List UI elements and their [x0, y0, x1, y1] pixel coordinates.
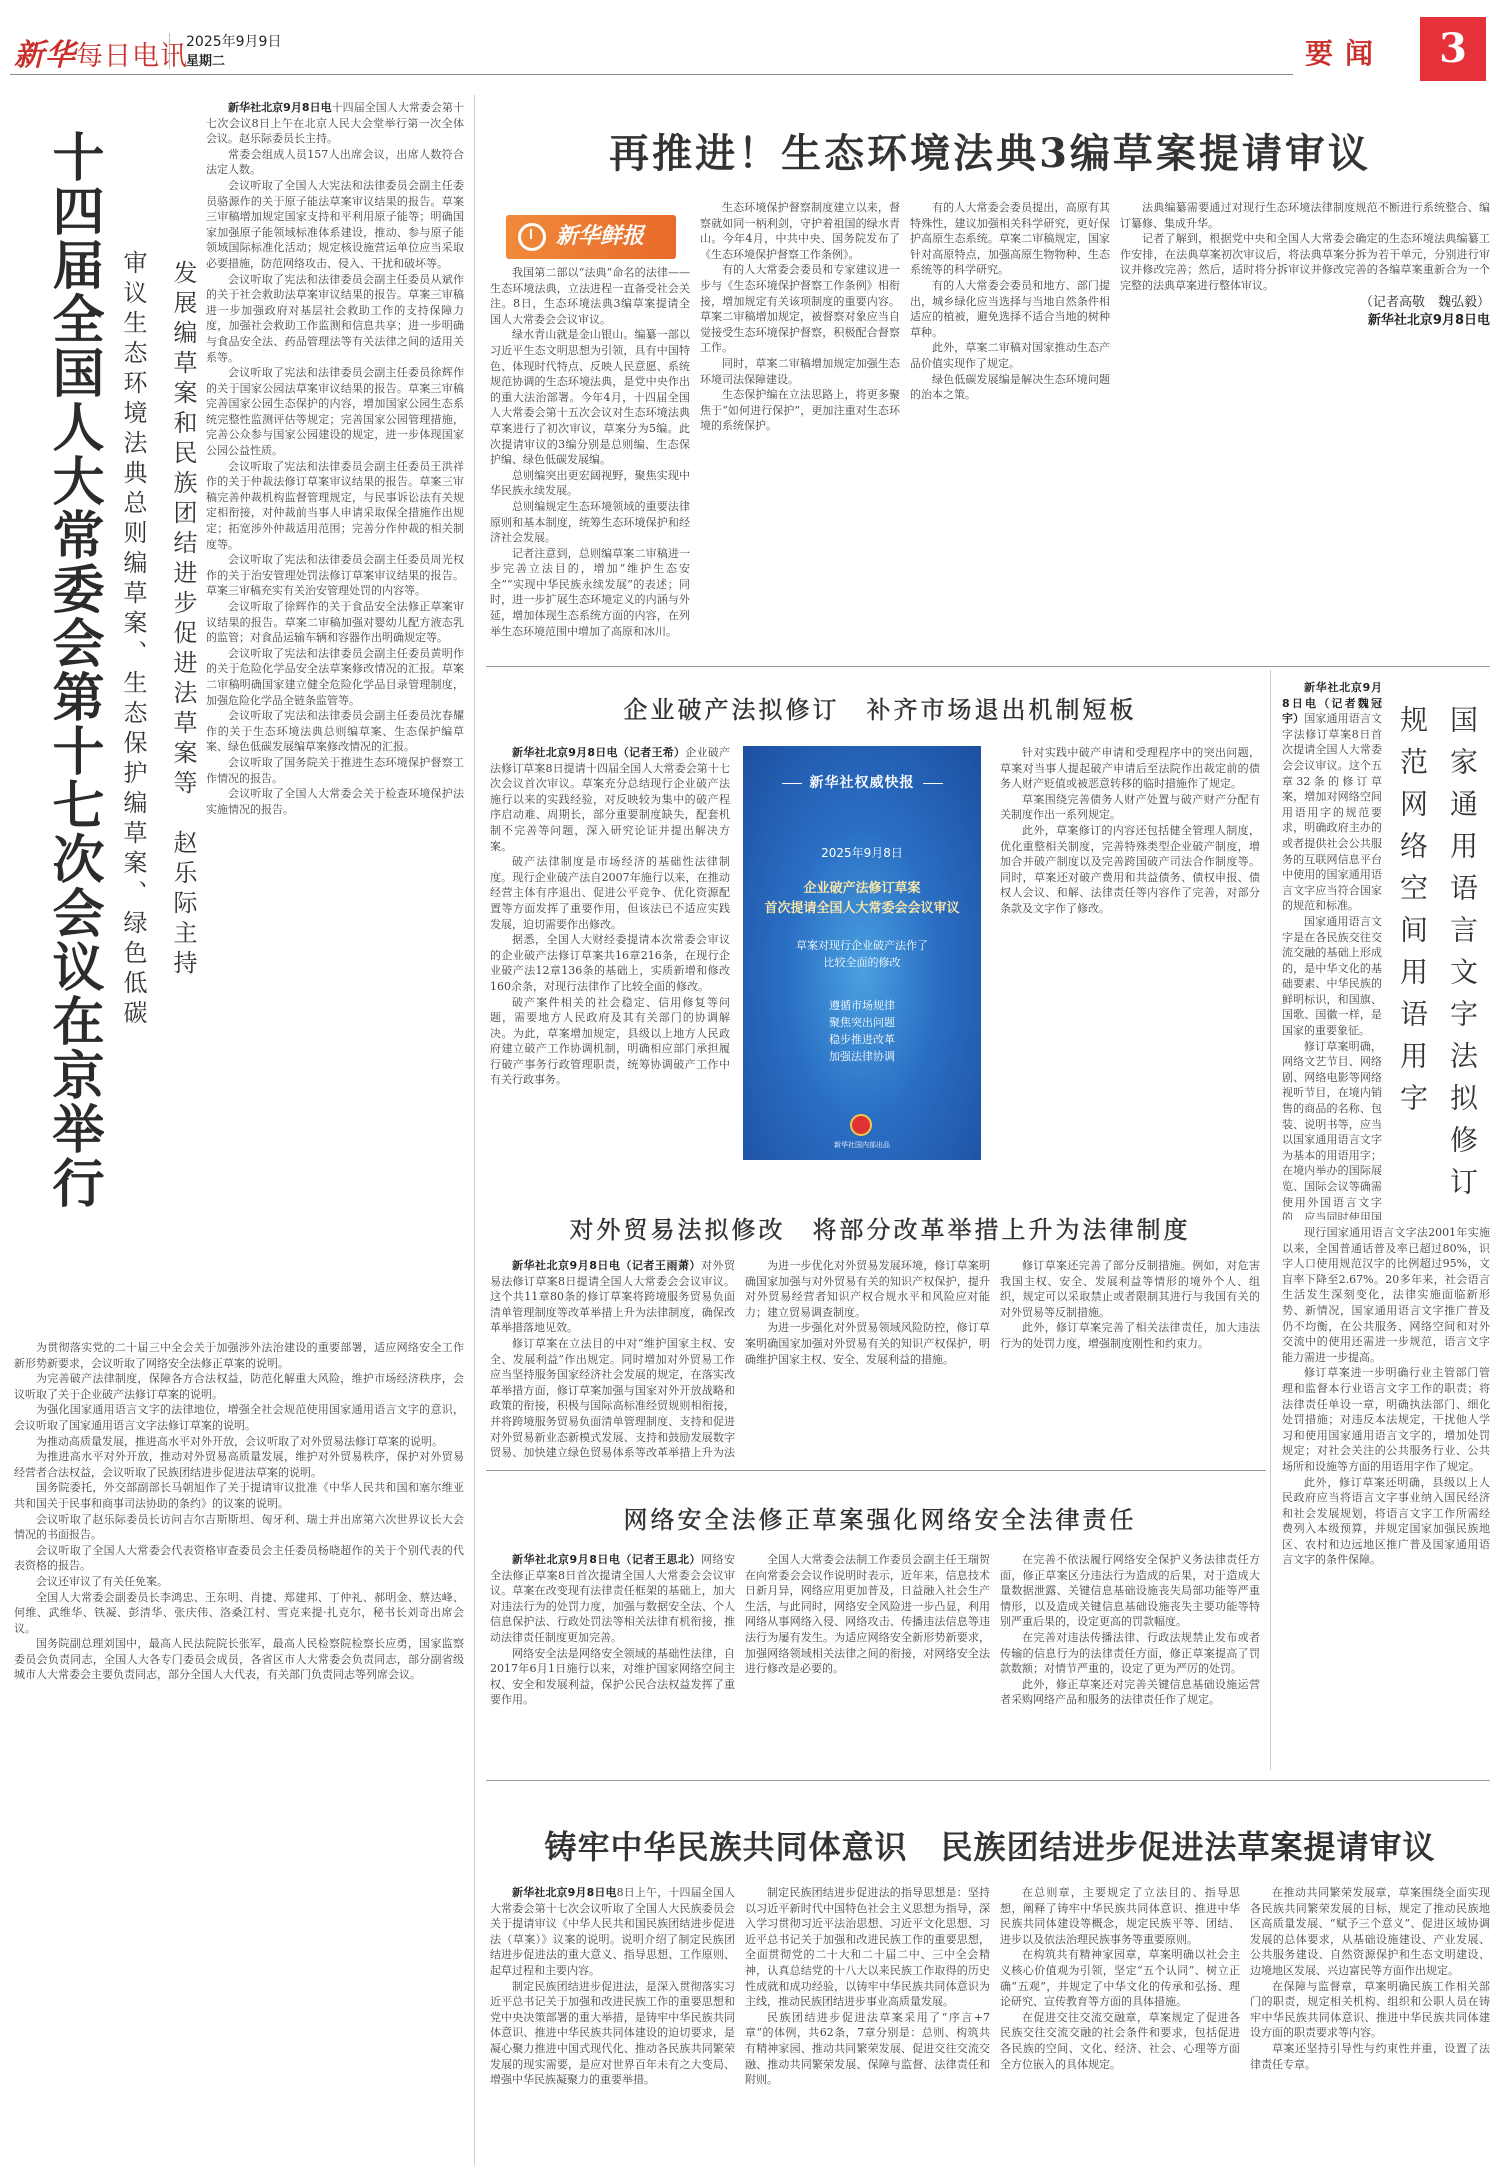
cyber-col-2: 全国人大常委会法制工作委员会副主任王瑞贺在向常委会会议作说明时表示，近年来，信息…	[745, 1552, 990, 1767]
eco-paragraph: 生态保护编在立法思路上，将更多聚焦于“如何进行保护”，更加注重对生态环境的系统保…	[700, 387, 900, 434]
poster-point: 聚焦突出问题	[743, 1014, 981, 1031]
issue-date: 2025年9月9日	[186, 33, 281, 52]
cyber-col-3: 在完善不依法履行网络安全保护义务法律责任方面，修正草案区分违法行为造成的后果，对…	[1000, 1552, 1260, 1767]
bankruptcy-paragraph: 针对实践中破产申请和受理程序中的突出问题，草案对当事人提起破产申请后至法院作出裁…	[1000, 745, 1260, 792]
lead-subhead-2: 发展编草案和民族团结进步促进法草案等 赵乐际主持	[163, 260, 203, 980]
lead-paragraph: 新华社北京9月8日电十四届全国人大常委会第十七次会议8日上午在北京人民大会堂举行…	[206, 100, 464, 147]
eco-paragraph: 我国第二部以“法典”命名的法律——生态环境法典，立法进程一直备受社会关注。8日，…	[490, 265, 690, 327]
trade-paragraph: 此外，修订草案完善了相关法律责任，加大违法行为的处罚力度，增强制度刚性和约束力。	[1000, 1320, 1260, 1351]
eco-paragraph: 绿色低碳发展编是解决生态环境问题的治本之策。	[910, 372, 1110, 403]
trade-col-3: 修订草案还完善了部分反制措施。例如，对危害我国主权、安全、发展利益等情形的境外个…	[1000, 1258, 1260, 1458]
eco-paragraph: 总则编突出更宏阔视野，聚焦实现中华民族永续发展。	[490, 468, 690, 499]
eco-paragraph: 有的人大常委会委员和地方、部门提出，城乡绿化应当选择与当地自然条件相适应的植被，…	[910, 278, 1110, 340]
poster-date: 2025年9月8日	[743, 844, 981, 861]
cyber-paragraph: 全国人大常委会法制工作委员会副主任王瑞贺在向常委会会议作说明时表示，近年来，信息…	[745, 1552, 990, 1677]
eco-byline-dateline: 新华社北京9月8日电	[1120, 312, 1490, 330]
cyber-headline: 网络安全法修正草案强化网络安全法律责任	[490, 1500, 1270, 1535]
poster-top-label: 新华社权威快报	[743, 772, 981, 792]
masthead-rule	[10, 74, 1293, 75]
ethnic-paragraph: 在促进交往交流交融章，草案规定了促进各民族交往交流交融的社会条件和要求，包括促进…	[1000, 2010, 1240, 2072]
poster-point: 加强法律协调	[743, 1048, 981, 1065]
eco-story-col-4: 法典编纂需要通过对现行生态环境法律制度规范不断进行系统整合、编订纂修、集成升华。…	[1120, 200, 1490, 660]
lead-paragraph: 国务院委托，外交部副部长马朝旭作了关于提请审议批准《中华人民共和国和塞尔维亚共和…	[14, 1480, 464, 1511]
eco-paragraph: 总则编规定生态环境领域的重要法律原则和基本制度，统筹生态环境保护和经济社会发展。	[490, 499, 690, 546]
cyber-paragraph: 新华社北京9月8日电（记者王思北）网络安全法修正草案8日首次提请全国人大常委会会…	[490, 1552, 735, 1646]
lead-paragraph: 为贯彻落实党的二十届三中全会关于加强涉外法治建设的重要部署，适应网络安全工作新形…	[14, 1340, 464, 1371]
issue-weekday: 星期二	[186, 52, 281, 71]
poster-title: 企业破产法修订草案 首次提请全国人大常委会会议审议	[743, 879, 981, 919]
poster-description: 草案对现行企业破产法作了 比较全面的修改	[743, 937, 981, 971]
column-divider	[474, 95, 475, 2165]
language-paragraph: 国家通用语言文字是在各民族交往交流交融的基础上形成的，是中华文化的基础要素、中华…	[1282, 914, 1382, 1039]
eco-paragraph: 记者注意到，总则编草案二审稿进一步完善立法目的，增加“维护生态安全”“实现中华民…	[490, 546, 690, 640]
lead-paragraph: 常委会组成人员157人出席会议，出席人数符合法定人数。	[206, 147, 464, 178]
lead-paragraph: 全国人大常委会副委员长李鸿忠、王东明、肖捷、郑建邦、丁仲礼、郝明金、蔡达峰、何维…	[14, 1590, 464, 1637]
lead-paragraph: 会议听取了全国人大常委会关于检查环境保护法实施情况的报告。	[206, 786, 464, 817]
trade-paragraph: 新华社北京9月8日电（记者王雨萧）对外贸易法修订草案8日提请全国人大常委会会议审…	[490, 1258, 735, 1336]
bankruptcy-paragraph: 草案围绕完善债务人财产处置与破产财产分配有关制度作出一系列规定。	[1000, 792, 1260, 823]
cyber-paragraph: 此外，修正草案还对完善关键信息基础设施运营者采购网络产品和服务的法律责任作了规定…	[1000, 1677, 1260, 1708]
language-headline-line-2: 规范网络空间用语用字	[1390, 705, 1434, 1125]
ethnic-paragraph: 在总则章，主要规定了立法目的、指导思想，阐释了铸牢中华民族共同体意识、推进中华民…	[1000, 1885, 1240, 1947]
newspaper-logo: 新华每日电讯	[14, 30, 188, 74]
section-rule	[486, 666, 1490, 667]
eco-paragraph: 法典编纂需要通过对现行生态环境法律制度规范不断进行系统整合、编订纂修、集成升华。	[1120, 200, 1490, 231]
trade-paragraph: 为进一步优化对外贸易发展环境，修订草案明确国家加强与对外贸易有关的知识产权保护，…	[745, 1258, 990, 1320]
cyber-paragraph: 在完善对违法传播法律、行政法规禁止发布或者传输的信息行为的法律责任方面，修正草案…	[1000, 1630, 1260, 1677]
bankruptcy-paragraph: 据悉，全国人大财经委提请本次常委会审议的企业破产法修订草案共16章216条，在现…	[490, 932, 730, 994]
lead-paragraph: 会议听取了全国人大宪法和法律委员会副主任委员骆源作的关于原子能法草案审议结果的报…	[206, 178, 464, 272]
lead-headline: 十四届全国人大常委会第十七次会议在京举行	[38, 130, 108, 1210]
eco-story-col-2: 生态环境保护督察制度建立以来，督察就如同一柄利剑，守护着祖国的绿水青山。今年4月…	[700, 200, 900, 650]
lead-paragraph: 会议听取了宪法和法律委员会副主任委员黄明作的关于危险化学品安全法草案修改情况的汇…	[206, 646, 464, 708]
ethnic-paragraph: 草案还坚持引导性与约束性并重，设置了法律责任专章。	[1250, 2041, 1490, 2072]
ethnic-headline: 铸牢中华民族共同体意识 民族团结进步促进法草案提请审议	[490, 1822, 1490, 1868]
logo-plain: 每日电讯	[76, 41, 188, 72]
poster-title-line: 企业破产法修订草案	[743, 879, 981, 899]
poster-point: 遵循市场规律	[743, 997, 981, 1014]
lead-paragraph: 会议还审议了有关任免案。	[14, 1574, 464, 1590]
language-paragraph: 新华社北京9月8日电（记者魏冠宇）国家通用语言文字法修订草案8日首次提请全国人大…	[1282, 680, 1382, 914]
lead-paragraph: 会议听取了宪法和法律委员会副主任委员徐辉作的关于国家公园法草案审议结果的报告。草…	[206, 365, 464, 459]
xinhua-fresh-badge: 新华鲜报	[506, 215, 676, 259]
lead-paragraph: 会议听取了全国人大常委会代表资格审查委员会主任委员杨晓超作的关于个别代表的代表资…	[14, 1543, 464, 1574]
ethnic-paragraph: 制定民族团结进步促进法的指导思想是：坚持以习近平新时代中国特色社会主义思想为指导…	[745, 1885, 990, 2010]
ethnic-col-3: 在总则章，主要规定了立法目的、指导思想，阐释了铸牢中华民族共同体意识、推进中华民…	[1000, 1885, 1240, 2165]
lead-paragraph: 会议听取了宪法和法律委员会副主任委员从斌作的关于社会救助法草案审议结果的报告。草…	[206, 272, 464, 366]
eco-byline-reporters: （记者高敬 魏弘毅）	[1120, 294, 1490, 312]
eco-paragraph: 此外，草案二审稿对国家推动生态产品价值实现作了规定。	[910, 340, 1110, 371]
cyber-col-1: 新华社北京9月8日电（记者王思北）网络安全法修正草案8日首次提请全国人大常委会会…	[490, 1552, 735, 1767]
lead-paragraph: 为推进高水平对外开放，推动对外贸易高质量发展，维护对外贸易秩序，保护对外贸易经营…	[14, 1449, 464, 1480]
bankruptcy-paragraph: 此外，草案修订的内容还包括健全管理人制度，优化重整相关制度，完善特殊类型企业破产…	[1000, 823, 1260, 917]
eco-code-headline: 再推进！生态环境法典3编草案提请审议	[490, 122, 1490, 179]
lead-paragraph: 为强化国家通用语言文字的法律地位，增强全社会规范使用国家通用语言文字的意识，会议…	[14, 1402, 464, 1433]
section-name: 要闻	[1305, 32, 1385, 72]
section-rule	[486, 1780, 1490, 1781]
language-paragraph: 修订草案进一步明确行业主管部门管理和监督本行业语言文字工作的职责；将法律责任单设…	[1282, 1365, 1490, 1474]
issue-date-block: 2025年9月9日 星期二	[186, 33, 281, 71]
lead-paragraph: 会议听取了宪法和法律委员会副主任委员沈春耀作的关于生态环境法典总则编草案、生态保…	[206, 708, 464, 755]
bankruptcy-headline: 企业破产法拟修订 补齐市场退出机制短板	[490, 690, 1270, 725]
bankruptcy-col-2: 针对实践中破产申请和受理程序中的突出问题，草案对当事人提起破产申请后至法院作出裁…	[1000, 745, 1260, 1185]
poster-title-line: 首次提请全国人大常委会会议审议	[743, 899, 981, 919]
ethnic-paragraph: 在构筑共有精神家园章，草案明确以社会主义核心价值观为引领，坚定“五个认同”、树立…	[1000, 1947, 1240, 2009]
clock-search-icon	[518, 223, 546, 251]
ethnic-paragraph: 新华社北京9月8日电8日上午，十四届全国人大常委会第十七次会议听取了全国人大民族…	[490, 1885, 735, 1979]
language-col-bottom: 现行国家通用语言文字法2001年实施以来，全国普通话普及率已超过80%，识字人口…	[1282, 1225, 1490, 1775]
bankruptcy-col-1: 新华社北京9月8日电（记者王希）企业破产法修订草案8日提请十四届全国人大常委会第…	[490, 745, 730, 1185]
eco-paragraph: 有的人大常委会委员和专家建议进一步与《生态环境保护督察工作条例》相衔接，增加规定…	[700, 262, 900, 356]
eco-paragraph: 记者了解到，根据党中央和全国人大常委会确定的生态环境法典编纂工作安排，在法典草案…	[1120, 231, 1490, 293]
poster-point: 稳步推进改革	[743, 1031, 981, 1048]
trade-headline: 对外贸易法拟修改 将部分改革举措上升为法律制度	[490, 1210, 1270, 1245]
eco-paragraph: 绿水青山就是金山银山。编纂一部以习近平生态文明思想为引领，具有中国特色、体现时代…	[490, 327, 690, 467]
ethnic-paragraph: 制定民族团结进步促进法，是深入贯彻落实习近平总书记关于加强和改进民族工作的重要思…	[490, 1979, 735, 2088]
poster-desc-line: 比较全面的修改	[743, 954, 981, 971]
poster-points: 遵循市场规律 聚焦突出问题 稳步推进改革 加强法律协调	[743, 997, 981, 1065]
language-paragraph: 现行国家通用语言文字法2001年实施以来，全国普通话普及率已超过80%，识字人口…	[1282, 1225, 1490, 1365]
language-col-top: 新华社北京9月8日电（记者魏冠宇）国家通用语言文字法修订草案8日首次提请全国人大…	[1282, 680, 1382, 1220]
lead-story-body-top: 新华社北京9月8日电十四届全国人大常委会第十七次会议8日上午在北京人民大会堂举行…	[206, 100, 464, 1335]
lead-paragraph: 会议听取了赵乐际委员长访问吉尔吉斯斯坦、匈牙利、瑞士并出席第六次世界议长大会情况…	[14, 1512, 464, 1543]
bankruptcy-paragraph: 破产法律制度是市场经济的基础性法律制度。现行企业破产法自2007年施行以来，在推…	[490, 854, 730, 932]
ethnic-col-1: 新华社北京9月8日电8日上午，十四届全国人大常委会第十七次会议听取了全国人大民族…	[490, 1885, 735, 2165]
eco-paragraph: 同时，草案二审稿增加规定加强生态环境司法保障建设。	[700, 356, 900, 387]
language-paragraph: 此外，修订草案还明确，县级以上人民政府应当将语言文字事业纳入国民经济和社会发展规…	[1282, 1475, 1490, 1569]
masthead-separator	[169, 33, 170, 69]
poster-footer: 新华社国内部出品	[743, 1140, 981, 1150]
eco-paragraph: 生态环境保护督察制度建立以来，督察就如同一柄利剑，守护着祖国的绿水青山。今年4月…	[700, 200, 900, 262]
lead-paragraph: 会议听取了宪法和法律委员会副主任委员王洪祥作的关于仲裁法修订草案审议结果的报告。…	[206, 459, 464, 553]
lead-paragraph: 会议听取了国务院关于推进生态环境保护督察工作情况的报告。	[206, 755, 464, 786]
eco-story-col-1: 我国第二部以“法典”命名的法律——生态环境法典，立法进程一直备受社会关注。8日，…	[490, 265, 690, 650]
trade-col-1: 新华社北京9月8日电（记者王雨萧）对外贸易法修订草案8日提请全国人大常委会会议审…	[490, 1258, 735, 1458]
lead-paragraph: 会议听取了徐辉作的关于食品安全法修正草案审议结果的报告。草案二审稿加强对婴幼儿配…	[206, 599, 464, 646]
masthead: 新华每日电讯 2025年9月9日 星期二 要闻 3	[0, 0, 1500, 80]
trade-paragraph: 修订草案在立法目的中对“维护国家主权、安全、发展利益”作出规定。同时增加对外贸易…	[490, 1336, 735, 1458]
lead-paragraph: 国务院副总理刘国中，最高人民法院院长张军，最高人民检察院检察长应勇，国家监察委员…	[14, 1636, 464, 1683]
bankruptcy-poster-image: 新华社权威快报 2025年9月8日 企业破产法修订草案 首次提请全国人大常委会会…	[743, 746, 981, 1160]
cyber-paragraph: 网络安全法是网络安全领域的基础性法律，自2017年6月1日施行以来，对维护国家网…	[490, 1646, 735, 1708]
ethnic-col-4: 在推动共同繁荣发展章，草案围绕全面实现各民族共同繁荣发展的目标，规定了推动民族地…	[1250, 1885, 1490, 2165]
trade-col-2: 为进一步优化对外贸易发展环境，修订草案明确国家加强与对外贸易有关的知识产权保护，…	[745, 1258, 990, 1458]
trade-paragraph: 为进一步强化对外贸易领域风险防控，修订草案明确国家加强对外贸易有关的知识产权保护…	[745, 1320, 990, 1367]
lead-paragraph: 为完善破产法律制度，保障各方合法权益，防范化解重大风险，维护市场经济秩序，会议听…	[14, 1371, 464, 1402]
cyber-paragraph: 在完善不依法履行网络安全保护义务法律责任方面，修正草案区分违法行为造成的后果，对…	[1000, 1552, 1260, 1630]
trade-paragraph: 修订草案还完善了部分反制措施。例如，对危害我国主权、安全、发展利益等情形的境外个…	[1000, 1258, 1260, 1320]
xinhua-emblem-icon	[850, 1114, 872, 1136]
bankruptcy-paragraph: 新华社北京9月8日电（记者王希）企业破产法修订草案8日提请十四届全国人大常委会第…	[490, 745, 730, 854]
language-paragraph: 修订草案明确，网络文艺节目、网络剧、网络电影等网络视听节目，在境内销售的商品的名…	[1282, 1039, 1382, 1220]
ethnic-paragraph: 在保障与监督章，草案明确民族工作相关部门的职责，规定相关机构、组织和公职人员在铸…	[1250, 1979, 1490, 2041]
ethnic-col-2: 制定民族团结进步促进法的指导思想是：坚持以习近平新时代中国特色社会主义思想为指导…	[745, 1885, 990, 2165]
lead-subhead-1: 审议生态环境法典总则编草案、生态保护编草案、绿色低碳	[113, 250, 153, 1030]
ethnic-paragraph: 民族团结进步促进法草案采用了“序言+7章”的体例，共62条，7章分别是：总则、构…	[745, 2010, 990, 2088]
poster-desc-line: 草案对现行企业破产法作了	[743, 937, 981, 954]
column-divider	[1270, 670, 1271, 1770]
eco-paragraph: 有的人大常委会委员提出，高原有其特殊性，建议加强相关科学研究，更好保护高原生态系…	[910, 200, 1110, 278]
language-headline-line-1: 国家通用语言文字法拟修订	[1440, 705, 1484, 1209]
badge-label: 新华鲜报	[556, 224, 644, 249]
lead-story-body-bottom: 为贯彻落实党的二十届三中全会关于加强涉外法治建设的重要部署，适应网络安全工作新形…	[14, 1340, 464, 2150]
logo-script: 新华	[14, 38, 76, 73]
ethnic-paragraph: 在推动共同繁荣发展章，草案围绕全面实现各民族共同繁荣发展的目标，规定了推动民族地…	[1250, 1885, 1490, 1979]
lead-paragraph: 会议听取了宪法和法律委员会副主任委员周光权作的关于治安管理处罚法修订草案审议结果…	[206, 552, 464, 599]
lead-paragraph: 为推动高质量发展，推进高水平对外开放，会议听取了对外贸易法修订草案的说明。	[14, 1434, 464, 1450]
page-number: 3	[1420, 17, 1486, 81]
section-rule	[486, 1470, 1266, 1471]
eco-story-col-3: 有的人大常委会委员提出，高原有其特殊性，建议加强相关科学研究，更好保护高原生态系…	[910, 200, 1110, 650]
bankruptcy-paragraph: 破产案件相关的社会稳定、信用修复等问题，需要地方人民政府及其有关部门的协调解决。…	[490, 995, 730, 1089]
